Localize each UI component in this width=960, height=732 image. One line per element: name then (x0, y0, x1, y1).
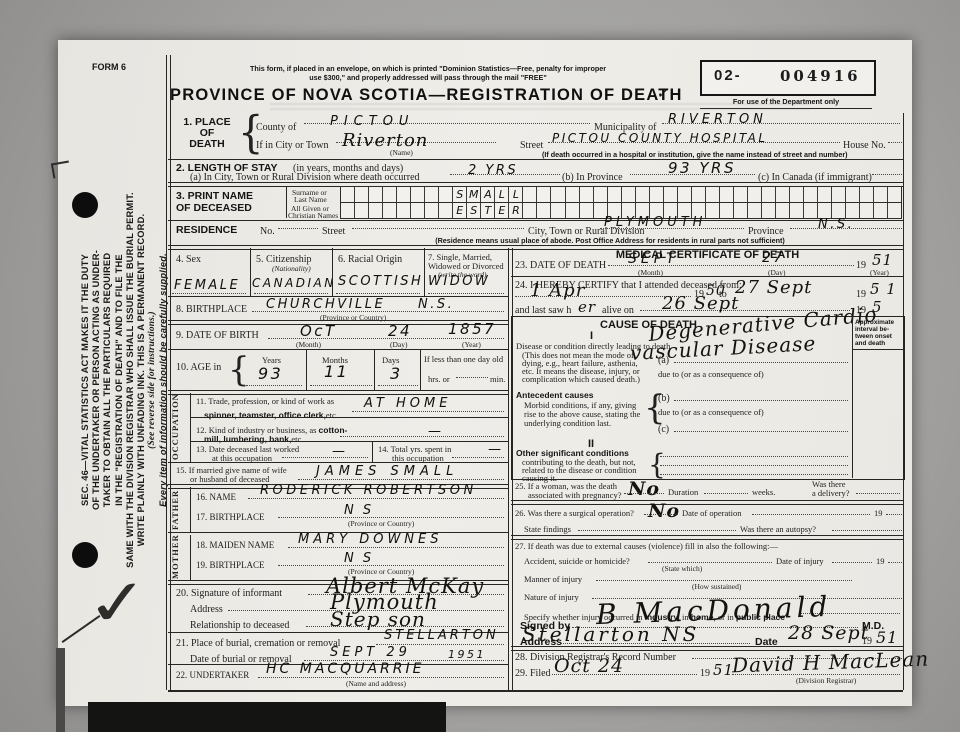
signed-year-value: 51 (876, 628, 898, 647)
state-findings-label: State findings (524, 524, 571, 534)
letter-cell (846, 187, 860, 202)
letter-cell (706, 187, 720, 202)
scan-shadow-edge (56, 648, 65, 732)
letter-cell (874, 187, 888, 202)
registration-number: 004916 (780, 67, 861, 85)
pen-mark (51, 161, 71, 179)
letter-cell (355, 203, 369, 218)
racial-origin-value: SCOTTISH (338, 274, 423, 289)
age-months-value: 11 (324, 362, 349, 381)
date-of-birth-label: 9. DATE OF BIRTH (176, 330, 259, 341)
letter-cell (397, 203, 411, 218)
manner-of-injury-label: Manner of injury (524, 574, 582, 584)
rule (660, 464, 848, 466)
letter-cell (818, 203, 832, 218)
house-no-label: House No. (843, 140, 886, 151)
informant-label: 20. Signature of informant (176, 588, 282, 599)
envelope-notice-line2: use $300," and properly addressed will p… (228, 73, 628, 82)
last-worked-value: — (332, 444, 348, 459)
burial-place-label: 21. Place of burial, cremation or remova… (176, 638, 340, 649)
title-checkmark: ✓ (656, 84, 670, 102)
letter-cell (551, 187, 565, 202)
surname-letter-grid: SMALL (340, 186, 902, 203)
letter-cell (860, 187, 874, 202)
letter-cell (776, 187, 790, 202)
print-name-label: OF DECEASED (176, 202, 252, 214)
rule (856, 492, 900, 494)
letter-cell: E (453, 203, 467, 218)
letter-cell (678, 187, 692, 202)
letter-cell (523, 203, 537, 218)
antecedent-description: underlying condition last. (524, 418, 611, 428)
occupation-section-label: OCCUPATION (170, 394, 188, 460)
rule (168, 220, 903, 221)
letter-cell (692, 187, 706, 202)
letter-cell (580, 203, 594, 218)
city-town-label: If in City or Town (256, 140, 328, 151)
rule (278, 516, 504, 518)
rule (168, 349, 508, 350)
birthplace-label: 8. BIRTHPLACE (176, 304, 247, 315)
letter-cell (355, 187, 369, 202)
rule (168, 390, 508, 395)
operation-date-label: Date of operation (682, 508, 741, 518)
delivery-label2: a delivery? (812, 488, 850, 498)
letter-cell (650, 187, 664, 202)
age-years-value: 93 (258, 364, 283, 383)
municipality-value: RIVERTON (668, 112, 767, 127)
alive-on-label: alive on (602, 305, 634, 316)
letter-cell (706, 203, 720, 218)
statute-line: IN THE "REGISTRATION OF DEATH" AND TO FI… (114, 160, 125, 600)
stay-b-value: 93 YRS (668, 159, 736, 177)
birth-month-value: OcT (300, 322, 337, 340)
letter-cell (636, 187, 650, 202)
rule (420, 349, 421, 390)
rule (644, 513, 678, 515)
letter-cell (411, 203, 425, 218)
letter-cell (846, 203, 860, 218)
letter-cell (832, 203, 846, 218)
attended-to-value: 27 Sept (735, 277, 812, 298)
rule (660, 473, 848, 475)
last-saw-date-value: 26 Sept (662, 293, 739, 314)
rule (168, 462, 508, 463)
birth-year-value: 1857 (448, 320, 496, 338)
rule (306, 349, 307, 390)
letter-cell (762, 203, 776, 218)
place-of-death-label: DEATH (176, 138, 238, 150)
rule (166, 55, 171, 690)
birthplace-province-value: N.S. (418, 297, 454, 312)
racial-origin-label: 6. Racial Origin (338, 254, 402, 265)
day-sublabel: (Day) (390, 340, 408, 349)
rule (374, 349, 375, 390)
residence-province-value: N.S. (818, 217, 854, 232)
name-address-sublabel: (Name and address) (346, 679, 406, 688)
rule (704, 492, 748, 494)
residence-note: (Residence means usual place of abode. P… (380, 236, 840, 245)
name-sublabel: (Name) (390, 148, 413, 157)
duration-label: Duration (668, 487, 698, 497)
rule (511, 500, 903, 505)
antecedent-label: Antecedent causes (516, 390, 593, 400)
year-sublabel: (Year) (462, 340, 481, 349)
letter-cell (411, 187, 425, 202)
burial-date-value: SEPT 29 (330, 645, 411, 660)
residence-label: RESIDENCE (176, 224, 237, 236)
letter-cell (369, 187, 383, 202)
statute-line: SAME WITH THE DIVISION REGISTRAR WHO SHA… (125, 160, 136, 600)
min-label: min. (490, 374, 505, 384)
letter-cell (748, 203, 762, 218)
letter-cell: S (467, 203, 481, 218)
letter-cell: S (453, 187, 467, 202)
letter-cell (369, 203, 383, 218)
letter-cell (860, 203, 874, 218)
due-to-label: due to (or as a consequence of) (658, 369, 764, 379)
operation-value: No (648, 500, 680, 522)
cause-b-label: (b) (658, 393, 670, 404)
rule (752, 513, 870, 515)
year-prefix: 19 (700, 668, 710, 679)
undertaker-label: 22. UNDERTAKER (176, 670, 249, 680)
letter-cell (734, 187, 748, 202)
year-prefix: 19 (876, 556, 885, 566)
rule (511, 535, 903, 540)
rule (511, 276, 903, 277)
statute-line: OF THE UNDERTAKER OR PERSON ACTING AS UN… (91, 160, 102, 600)
month-sublabel: (Month) (296, 340, 321, 349)
less-than-day-label: If less than one day old (424, 354, 503, 364)
city-town-value: Riverton (342, 130, 428, 151)
sex-label: 4. Sex (176, 254, 201, 265)
surname-label: Last Name (294, 195, 327, 204)
interval-caption: Approximate (855, 319, 894, 326)
age-label: 10. AGE in (176, 362, 221, 373)
letter-cell (523, 187, 537, 202)
signed-date-value: 28 Sept (788, 622, 869, 644)
rule (310, 384, 372, 386)
rule (254, 292, 328, 294)
undertaker-value: HC MACQUARRIE (266, 661, 424, 677)
burial-place-value: STELLARTON (384, 628, 499, 643)
father-section-label: FATHER (170, 489, 188, 531)
last-saw-fill: er (578, 298, 596, 316)
letter-cell (776, 203, 790, 218)
letter-cell (720, 187, 734, 202)
form-number: FORM 6 (92, 62, 126, 72)
last-saw-label: and last saw h (515, 305, 571, 316)
scan-shadow-band (88, 702, 446, 732)
letter-cell: A (481, 187, 495, 202)
letter-cell (874, 203, 888, 218)
year-prefix: 19 (856, 260, 866, 271)
rule (578, 529, 736, 531)
street-value: PICTOU COUNTY HOSPITAL (552, 131, 768, 145)
rule (674, 399, 848, 401)
mother-birthplace-label: 19. BIRTHPLACE (196, 560, 264, 570)
relationship-label: Relationship to deceased (190, 620, 289, 631)
registration-number-box: 02- 004916 (700, 60, 876, 96)
scanned-death-certificate: FORM 6 This form, if placed in an envelo… (0, 0, 960, 732)
rule (888, 141, 902, 143)
rule (424, 248, 425, 296)
street-label: Street (520, 140, 543, 151)
letter-cell: T (481, 203, 495, 218)
father-name-label: 16. NAME (196, 492, 236, 502)
letter-cell (397, 187, 411, 202)
letter-cell (425, 187, 439, 202)
rule (250, 248, 251, 296)
father-birthplace-label: 17. BIRTHPLACE (196, 512, 264, 522)
rule (278, 564, 504, 566)
birth-day-value: 24 (388, 322, 412, 340)
rule (168, 690, 903, 692)
external-causes-label: 27. If death was due to external causes … (515, 541, 778, 551)
nationality-sublabel: (Nationality) (272, 264, 311, 273)
spouse-label2: or husband of deceased (190, 474, 270, 484)
given-names-label: Christian Names (288, 211, 338, 220)
death-month-value: SEPT (628, 251, 679, 267)
sex-value: FEMALE (174, 278, 240, 293)
physician-address-value: Stellarton NS (522, 622, 699, 646)
rule (372, 441, 373, 462)
trade-value: AT HOME (364, 396, 451, 411)
letter-cell (439, 203, 453, 218)
rule (832, 529, 902, 531)
letter-cell (734, 203, 748, 218)
letter-cell (790, 187, 804, 202)
letter-cell (594, 187, 608, 202)
filed-date-value: Oct 24 (554, 655, 624, 677)
accident-label: Accident, suicide or homicide? (524, 556, 630, 566)
interval-caption: tween onset (855, 333, 892, 340)
state-which-sublabel: (State which) (662, 564, 702, 573)
rule (886, 513, 902, 515)
cause-c-label: (c) (658, 424, 669, 435)
county-value: PICTOU (330, 114, 414, 129)
punch-hole (72, 192, 98, 218)
rule (852, 316, 853, 478)
rule (832, 561, 872, 563)
informant-address-label: Address (190, 604, 223, 615)
death-year-value: 51 (872, 251, 893, 269)
residence-no-label: No. (260, 226, 275, 237)
statute-line: TAKER TO OBTAIN ALL THE PARTICULARS REQU… (102, 160, 113, 600)
rule (732, 673, 900, 675)
rule (674, 430, 848, 432)
letter-cell (622, 187, 636, 202)
father-name-value: RODERICK ROBERTSON (260, 483, 477, 498)
weeks-label: weeks. (752, 487, 775, 497)
rule (660, 455, 848, 457)
letter-cell (383, 187, 397, 202)
cause-description: complication which caused death.) (522, 374, 640, 384)
province-country-sublabel: (Province or Country) (348, 519, 414, 528)
rule (340, 435, 504, 437)
cause-a-label: (a) (658, 355, 669, 366)
rule (624, 492, 664, 494)
letter-cell (439, 187, 453, 202)
statute-line: SEC. 46—VITAL STATISTICS ACT MAKES IT TH… (80, 160, 91, 600)
rule (674, 361, 848, 363)
interval-caption: interval be- (855, 326, 889, 333)
filed-year-value: 51 (713, 661, 734, 679)
letter-cell (720, 203, 734, 218)
rule (336, 292, 420, 294)
rule (332, 248, 333, 296)
death-day-value: 27 (762, 250, 785, 266)
see-reverse-note: (See reverse side for instructions.) (147, 160, 158, 600)
letter-cell (818, 187, 832, 202)
hospital-note: (If death occurred in a hospital or inst… (542, 150, 848, 159)
due-to-label: due to (or as a consequence of) (658, 407, 764, 417)
letter-cell (537, 187, 551, 202)
rule (168, 159, 903, 160)
mother-section-label: MOTHER (170, 537, 188, 579)
rule (190, 487, 191, 532)
rule (190, 417, 508, 418)
letter-cell (832, 187, 846, 202)
interval-caption: and death (855, 340, 885, 347)
operation-label: 26. Was there a surgical operation? (515, 508, 634, 518)
letter-cell: L (509, 187, 523, 202)
mother-maiden-name-label: 18. MAIDEN NAME (196, 540, 274, 550)
how-sustained-sublabel: (How sustained) (692, 582, 741, 591)
letter-cell (566, 203, 580, 218)
rule (286, 186, 287, 218)
mother-birthplace-value: N S (344, 551, 374, 566)
punch-hole (72, 542, 98, 568)
rule (190, 441, 508, 442)
letter-cell (551, 203, 565, 218)
letter-cell (566, 187, 580, 202)
rule (872, 173, 902, 175)
letter-cell (804, 187, 818, 202)
total-years-value: — (488, 442, 504, 457)
burial-year-value: 1951 (448, 648, 486, 661)
rule (190, 535, 191, 580)
letter-cell (608, 187, 622, 202)
letter-cell: L (495, 187, 509, 202)
rule (596, 579, 852, 581)
letter-cell: E (495, 203, 509, 218)
envelope-notice-line1: This form, if placed in an envelope, on … (228, 64, 628, 73)
statute-line: WRITE PLAINLY WITH UNFADING INK. THIS IS… (136, 160, 147, 600)
letter-cell (537, 203, 551, 218)
letter-cell (762, 187, 776, 202)
letter-cell: R (509, 203, 523, 218)
rule (246, 384, 302, 386)
letter-cell (341, 203, 355, 218)
registration-prefix: 02- (714, 67, 742, 84)
rule (278, 227, 318, 229)
year-prefix: 19 (856, 289, 866, 300)
letter-cell (804, 203, 818, 218)
county-label: County of (256, 122, 296, 133)
rule (852, 349, 903, 350)
pregnancy-label2: associated with pregnancy? (528, 490, 621, 500)
letter-cell (580, 187, 594, 202)
letter-cell (790, 203, 804, 218)
spouse-value: JAMES SMALL (316, 464, 458, 479)
rule (888, 561, 902, 563)
father-birthplace-value: N S (344, 503, 374, 518)
letter-cell (888, 203, 901, 218)
marital-value: WIDOW (428, 274, 490, 289)
attended-to-year: 5 1 (870, 280, 897, 298)
residence-street-label: Street (322, 226, 345, 237)
letter-cell (383, 203, 397, 218)
rule (172, 292, 246, 294)
letter-cell (664, 187, 678, 202)
division-registrar-sublabel: (Division Registrar) (796, 676, 856, 685)
citizenship-value: CANADIAN (252, 276, 336, 290)
residence-division-value: PLYMOUTH (604, 215, 706, 230)
letter-cell (888, 187, 901, 202)
birthplace-value: CHURCHVILLE (266, 297, 385, 312)
rule (190, 393, 191, 462)
letter-cell (425, 203, 439, 218)
letter-cell (748, 187, 762, 202)
date-of-death-label: 23. DATE OF DEATH (515, 260, 606, 271)
filed-label: 29. Filed (515, 668, 551, 679)
date-of-injury-label: Date of injury (776, 556, 824, 566)
rule (352, 227, 524, 229)
rule (428, 292, 504, 294)
hrs-label: hrs. or (428, 374, 450, 384)
stay-a-value: 2 YRS (468, 163, 518, 178)
letter-cell: M (467, 187, 481, 202)
print-name-label: 3. PRINT NAME (176, 190, 253, 202)
rule (282, 456, 368, 458)
mother-maiden-name-value: MARY DOWNES (298, 532, 443, 547)
sidebar-statute-text: SEC. 46—VITAL STATISTICS ACT MAKES IT TH… (80, 160, 170, 600)
rule (648, 561, 772, 563)
pregnancy-value: No (628, 478, 660, 500)
nature-of-injury-label: Nature of injury (524, 592, 579, 602)
rule (456, 376, 488, 378)
rule (378, 384, 418, 386)
autopsy-label: Was there an autopsy? (740, 524, 816, 534)
pen-checkmark: ✓ (81, 563, 155, 641)
year-prefix: 19 (874, 508, 883, 518)
letter-cell (341, 187, 355, 202)
age-days-value: 3 (390, 364, 403, 383)
industry-value: — (428, 424, 444, 439)
